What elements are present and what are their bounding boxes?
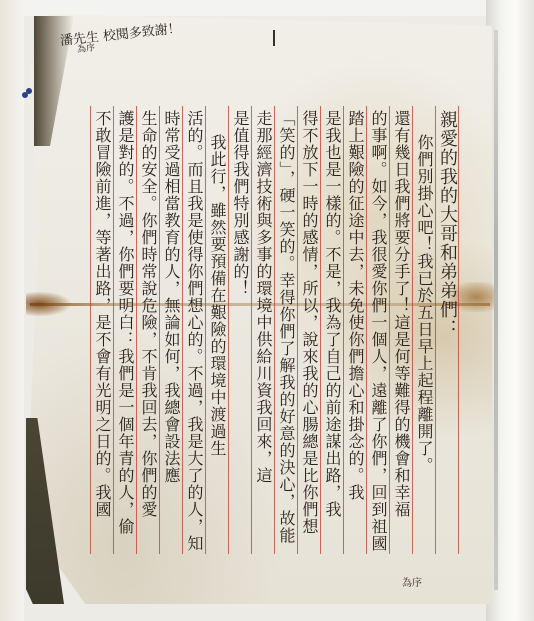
photo-backdrop-left: [0, 0, 24, 621]
photo-backdrop-top: [24, 0, 486, 16]
letter-column: 還有幾日我們將要分手了！這是何等難得的機會和幸福: [390, 110, 412, 560]
letter-column: 生命的安全。你們時常說危險，不肯我回去，你們的愛: [137, 110, 159, 560]
column-rule: [458, 106, 459, 554]
letter-column: 護是對的。不過，你們要明白：我們是一個年青的人，偷: [114, 110, 136, 560]
top-annotation-sub: 為序: [76, 40, 95, 55]
letter-salutation: 親愛的我的大哥和弟弟們：: [436, 110, 458, 560]
letter-column: 得不放下一時的感情，所以，說來我的心腸總是比你們想: [298, 110, 320, 560]
letter-column: 是值得我們特別感謝的！: [229, 110, 251, 560]
letter-column: 活的。而且我是使得你們想心的。不過，我是大了的人，知: [183, 110, 205, 560]
margin-annotation: 為序: [402, 574, 422, 589]
blue-ink-dots: [22, 92, 28, 98]
letter-column: 不敢冒險前進，等著出路，是不會有光明之日的。我國: [91, 110, 113, 560]
letter-column: 「笑的」，硬一笑的。幸得你們了解我的好意的決心，故能: [275, 110, 297, 560]
letter-column: 我此行，雖然要預備在艱險的環境中渡過生: [206, 110, 228, 560]
rust-stain-left: [26, 292, 70, 316]
letter-column: 是我也是一樣的。不是，我為了自己的前途謀出路，我: [321, 110, 343, 560]
letter-column: 走那經濟技術與多事的環境中供給川資我回來，這: [252, 110, 274, 560]
sleeve-edge: [494, 30, 498, 590]
letter-column: 踏上艱險的征途中去，未免使你們擔心和掛念的。我: [344, 110, 366, 560]
letter-column: 的事啊。如今，我很愛你們一個人，遠離了你們，回到祖國: [367, 110, 389, 560]
ink-mark-top: [273, 30, 275, 46]
letter-column: 你們別掛心吧！我已於五日早上起程離開了。: [413, 110, 435, 560]
letter-column: 時常受過相當教育的人，無論如何，我總會設法應: [160, 110, 182, 560]
